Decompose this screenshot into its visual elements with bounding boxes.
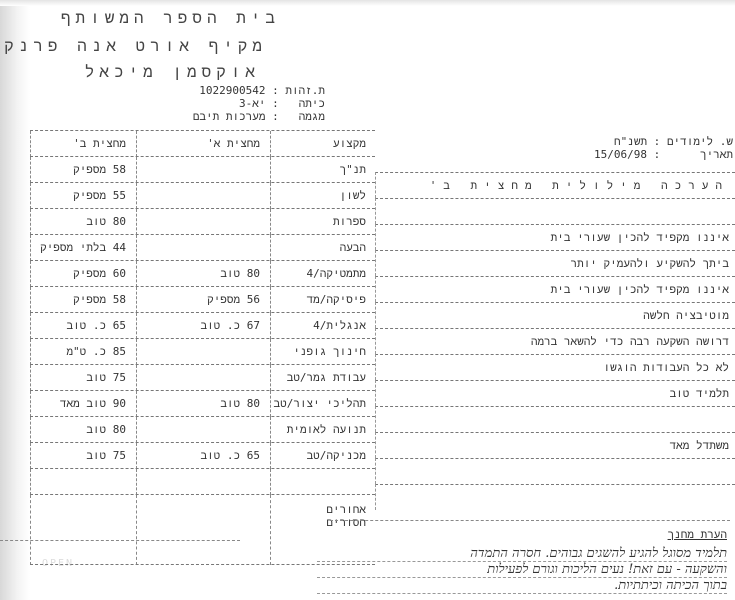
table-row: חינוך גופני85 כ. ט"מ <box>30 338 375 365</box>
subject-cell: ספרות <box>270 209 370 235</box>
subject-cell <box>270 469 370 495</box>
half-a-grade <box>136 339 270 365</box>
half-a-grade <box>136 469 270 495</box>
subject-cell: מכניקה/טב <box>270 443 370 469</box>
half-b-grade: 80 טוב <box>30 417 136 443</box>
table-row: פיסיקה/מד56 מספיק58 מספיק <box>30 286 375 313</box>
evaluation-comment <box>375 406 735 432</box>
school-name-line1: בית הספר המשותף <box>61 8 280 28</box>
table-row: תנועה לאומית80 טוב <box>30 416 375 443</box>
table-row: אנגלית/467 כ. טוב65 כ. טוב <box>30 312 375 339</box>
evaluation-comment: תלמיד טוב <box>375 380 735 406</box>
evaluation-comment <box>375 198 735 224</box>
student-id-row: ת.זהות : 1022900542 <box>199 84 325 98</box>
subject-cell: פיסיקה/מד <box>270 287 370 313</box>
half-b-grade: 58 מספיק <box>30 157 136 183</box>
half-b-grade <box>30 469 136 495</box>
subject-cell: הבעה <box>270 235 370 261</box>
half-b-grade: 90 טוב מאד <box>30 391 136 417</box>
evaluation-comment: משתדל מאד <box>375 432 735 458</box>
table-row: מכניקה/טב65 כ. טוב75 טוב <box>30 442 375 469</box>
subject-cell: תנ"ך <box>270 157 370 183</box>
subject-cell: חינוך גופני <box>270 339 370 365</box>
subject-cell: מתמטיקה/4 <box>270 261 370 287</box>
teacher-note-label: הערת מחנך <box>668 528 727 542</box>
divider <box>330 520 730 521</box>
half-a-grade <box>136 365 270 391</box>
half-b-grade: 58 מספיק <box>30 287 136 313</box>
half-b-grade: 55 מספיק <box>30 183 136 209</box>
attendance-half-b <box>30 495 136 565</box>
class-row: כיתה : יא-3 <box>239 97 325 111</box>
table-bottom-border <box>30 564 375 565</box>
table-row: תנ"ך58 מספיק <box>30 156 375 183</box>
year-label: ש. לימודים <box>667 135 733 148</box>
student-name: אוקסמן מיכאל <box>85 62 260 82</box>
attendance-half-a <box>136 495 270 565</box>
column-header-half-b: מחצית ב' <box>30 131 136 157</box>
evaluation-comment: איננו מקפיד להכין שעורי בית <box>375 276 735 302</box>
column-header-subject: מקצוע <box>270 131 370 157</box>
half-a-grade <box>136 417 270 443</box>
school-name-line2: מקיף אורט אנה פרנק <box>4 36 267 56</box>
grades-header-row: מקצועמחצית א'מחצית ב' <box>30 130 375 157</box>
column-header-half-a: מחצית א' <box>136 131 270 157</box>
date-value: 15/06/98 <box>594 148 647 161</box>
half-b-grade: 60 מספיק <box>30 261 136 287</box>
scan-edge-shadow <box>0 0 30 600</box>
half-b-grade: 85 כ. ט"מ <box>30 339 136 365</box>
table-row <box>30 468 375 495</box>
table-row: הבעה44 בלתי מספיק <box>30 234 375 261</box>
subject-cell: עבודת גמר/טב <box>270 365 370 391</box>
evaluation-comment: דרושה השקעה רבה כדי להשאר ברמה <box>375 328 735 354</box>
table-row: מתמטיקה/480 טוב60 מספיק <box>30 260 375 287</box>
late-label: אחורים <box>271 503 366 516</box>
school-year-row: ש. לימודים : תשנ"ח <box>614 135 733 149</box>
half-a-grade: 67 כ. טוב <box>136 313 270 339</box>
evaluation-comment: איננו מקפיד להכין שעורי בית <box>375 224 735 250</box>
half-a-grade <box>136 209 270 235</box>
half-a-grade <box>136 157 270 183</box>
half-b-grade: 75 טוב <box>30 365 136 391</box>
evaluation-comment: מוטיבציה חלשה <box>375 302 735 328</box>
id-value: 1022900542 <box>199 84 265 97</box>
half-b-grade: 75 טוב <box>30 443 136 469</box>
handwritten-line: תלמיד מסוגל להגיע להשגים גבוהים. חסרה הת… <box>317 546 727 562</box>
absent-label: חסורים <box>271 516 366 529</box>
class-value: יא-3 <box>239 97 265 110</box>
subject-cell: תהליכי יצור/טב <box>270 391 370 417</box>
handwritten-line: והשקעה - עם זאת! נעים הליכות וגורם לפעיל… <box>317 562 727 578</box>
half-a-grade: 56 מספיק <box>136 287 270 313</box>
handwritten-line: בתוך הכיתה וכיתתיות. <box>317 578 727 594</box>
evaluation-comment: ביתך להשקיע ולהעמיק יותר <box>375 250 735 276</box>
half-b-grade: 80 טוב <box>30 209 136 235</box>
half-a-grade: 80 טוב <box>136 391 270 417</box>
class-label: כיתה <box>299 97 325 110</box>
scan-top-shadow <box>0 0 735 6</box>
subject-cell: לשון <box>270 183 370 209</box>
half-b-grade: 44 בלתי מספיק <box>30 235 136 261</box>
track-value: מערכות תיבם <box>193 110 266 123</box>
track-label: מגמה <box>299 110 325 123</box>
date-row: תאריך : 15/06/98 <box>594 148 733 162</box>
half-a-grade: 65 כ. טוב <box>136 443 270 469</box>
table-row: תהליכי יצור/טב80 טוב90 טוב מאד <box>30 390 375 417</box>
subject-cell: תנועה לאומית <box>270 417 370 443</box>
evaluation-comment: לא כל העבודות הוגשו <box>375 354 735 380</box>
evaluation-title: הערכה מילולית מחצית ב' <box>375 172 735 198</box>
half-a-grade: 80 טוב <box>136 261 270 287</box>
evaluation-comment <box>375 484 735 510</box>
date-label: תאריך <box>700 148 733 161</box>
id-label: ת.זהות <box>285 84 325 97</box>
half-a-grade <box>136 183 270 209</box>
subject-cell: אנגלית/4 <box>270 313 370 339</box>
evaluation-comment <box>375 458 735 484</box>
table-row: עבודת גמר/טב75 טוב <box>30 364 375 391</box>
divider <box>0 540 240 541</box>
half-a-grade <box>136 235 270 261</box>
table-row: לשון55 מספיק <box>30 182 375 209</box>
track-row: מגמה : מערכות תיבם <box>193 110 325 124</box>
table-row: ספרות80 טוב <box>30 208 375 235</box>
year-value: תשנ"ח <box>614 135 647 148</box>
half-b-grade: 65 כ. טוב <box>30 313 136 339</box>
